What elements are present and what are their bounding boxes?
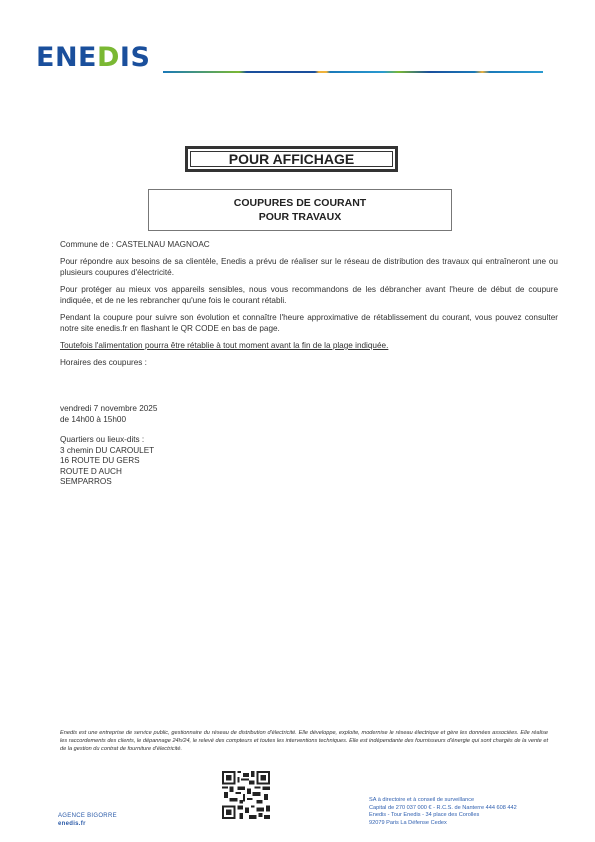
- legal-line: SA à directoire et à conseil de surveill…: [369, 797, 517, 805]
- subtitle-line: COUPURES DE COURANT: [234, 196, 366, 210]
- schedule: vendredi 7 novembre 2025 de 14h00 à 15h0…: [60, 404, 157, 488]
- body-text: Commune de : CASTELNAU MAGNOAC Pour répo…: [60, 239, 558, 374]
- agency-block: AGENCE BIGORRE enedis.fr: [58, 812, 117, 828]
- outage-date: vendredi 7 novembre 2025: [60, 404, 157, 415]
- paragraph: Pour répondre aux besoins de sa clientèl…: [60, 256, 558, 278]
- commune: Commune de : CASTELNAU MAGNOAC: [60, 239, 558, 250]
- paragraph: Pour protéger au mieux vos appareils sen…: [60, 284, 558, 306]
- website-link[interactable]: enedis.fr: [58, 820, 117, 828]
- logo-part-accent: D: [97, 42, 120, 73]
- place-item: 16 ROUTE DU GERS: [60, 456, 157, 467]
- legal-line: Enedis - Tour Enedis - 34 place des Coro…: [369, 812, 517, 820]
- subtitle-box: COUPURES DE COURANT POUR TRAVAUX: [148, 189, 452, 231]
- footer-note: Enedis est une entreprise de service pub…: [60, 729, 548, 753]
- legal-line: 92079 Paris La Défense Cedex: [369, 820, 517, 828]
- places-label: Quartiers ou lieux-dits :: [60, 435, 157, 446]
- logo-part: IS: [120, 42, 151, 73]
- subtitle-line: POUR TRAVAUX: [259, 210, 341, 224]
- enedis-logo: ENEDIS: [36, 44, 150, 71]
- qr-code-icon[interactable]: [222, 771, 270, 819]
- place-item: SEMPARROS: [60, 477, 157, 488]
- header-rule: [163, 71, 543, 73]
- page-title: POUR AFFICHAGE: [229, 151, 354, 167]
- place-item: 3 chemin DU CAROULET: [60, 446, 157, 457]
- logo-part: ENE: [36, 42, 97, 73]
- paragraph: Pendant la coupure pour suivre son évolu…: [60, 312, 558, 334]
- hours-label: Horaires des coupures :: [60, 357, 558, 368]
- agency-name: AGENCE BIGORRE: [58, 812, 117, 820]
- legal-block: SA à directoire et à conseil de surveill…: [369, 797, 517, 827]
- outage-time: de 14h00 à 15h00: [60, 415, 157, 426]
- place-item: ROUTE D AUCH: [60, 467, 157, 478]
- warning-text: Toutefois l'alimentation pourra être rét…: [60, 341, 388, 350]
- legal-line: Capital de 270 037 000 € - R.C.S. de Nan…: [369, 805, 517, 813]
- title-box: POUR AFFICHAGE: [185, 146, 398, 172]
